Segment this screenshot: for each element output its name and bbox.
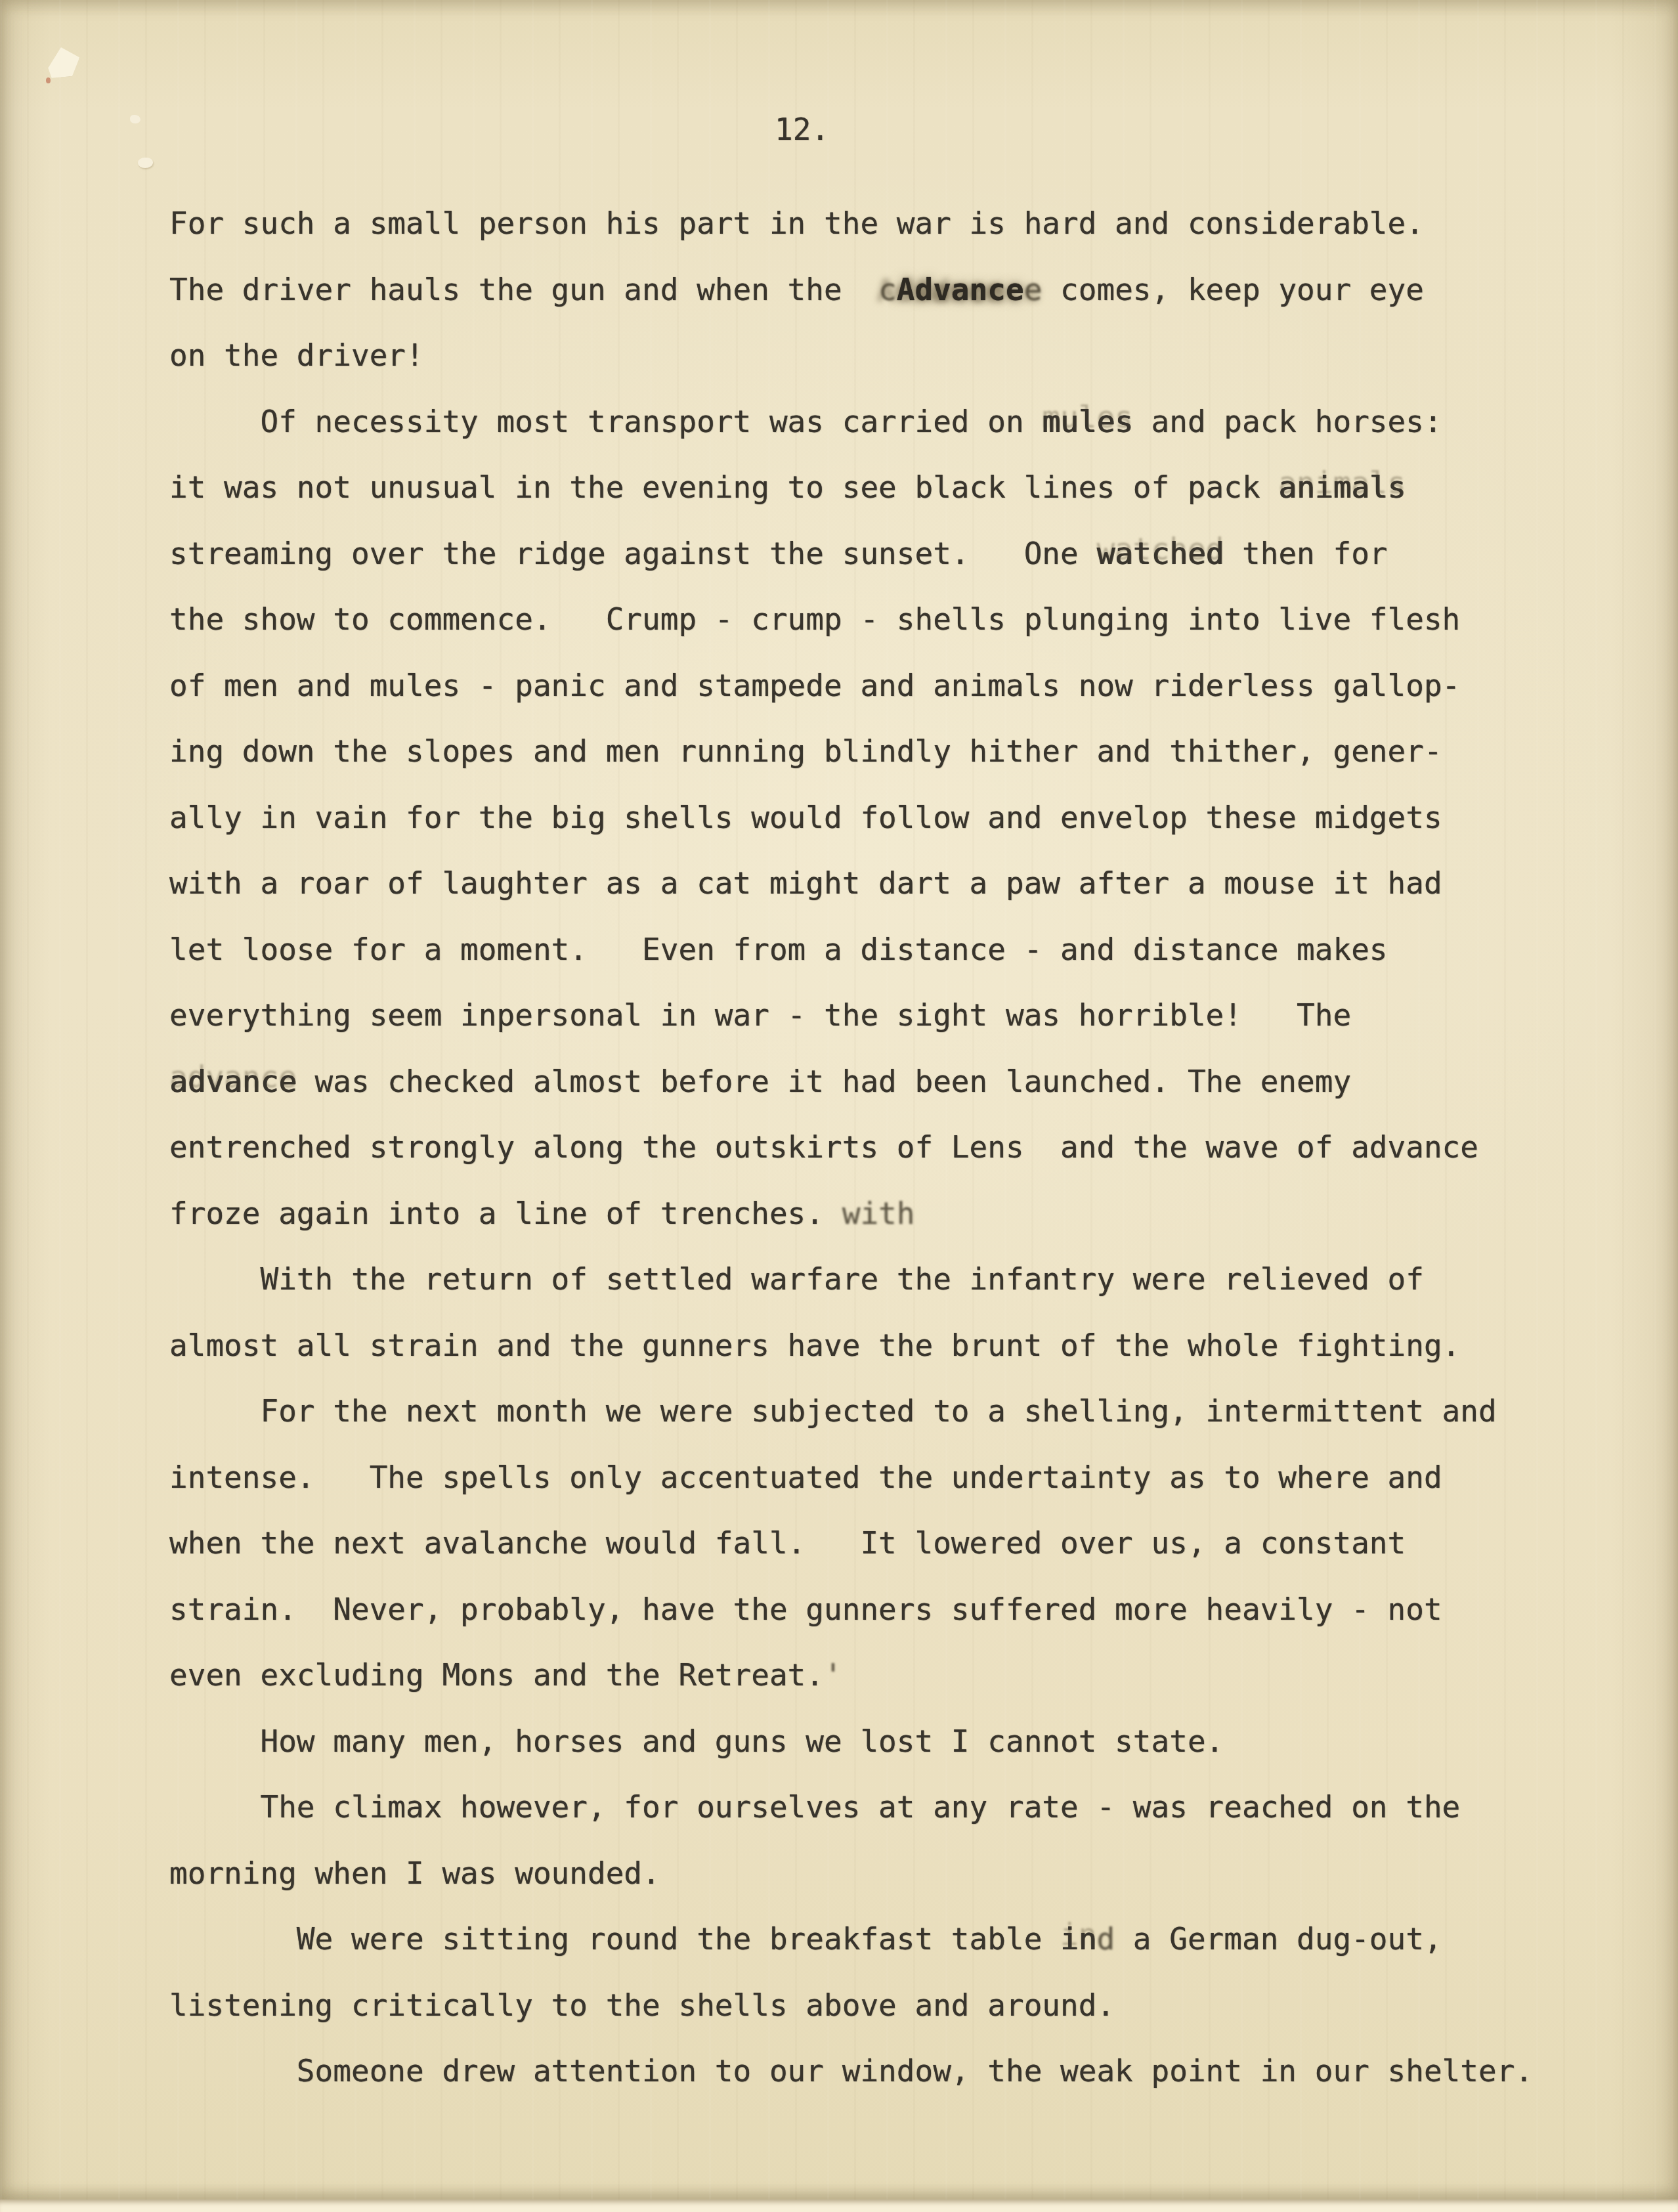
typewriter-segment-ghost: e [1024, 272, 1043, 307]
document-line: ally in vain for the big shells would fo… [169, 785, 1646, 851]
red-ink-speck [46, 77, 51, 83]
typewriter-segment: the show to commence. Crump - crump - sh… [169, 601, 1460, 637]
page-number: 12. [775, 97, 829, 162]
typewriter-segment: Of necessity most transport was carried … [169, 404, 1042, 439]
typewriter-segment: of men and mules - panic and stampede an… [169, 668, 1460, 703]
typewriter-segment: on the driver! [169, 337, 424, 373]
typewriter-segment: listening critically to the shells above… [169, 1987, 1115, 2023]
typewriter-segment-smudge: advance [169, 1064, 297, 1099]
typewriter-segment: froze again into a line of trenches. [169, 1196, 824, 1231]
document-line: For the next month we were subjected to … [169, 1378, 1646, 1444]
typewriter-segment-ghost: c [860, 272, 896, 307]
document-line: on the driver! [169, 322, 1646, 389]
typewriter-segment-smudge: in [1060, 1921, 1096, 1957]
typewriter-segment: it was not unusual in the evening to see… [169, 469, 1278, 505]
typewriter-segment-smudge: animals [1278, 469, 1406, 505]
typewriter-segment: The driver hauls the gun and when the [169, 272, 860, 307]
typewriter-segment: The climax however, for ourselves at any… [169, 1789, 1460, 1825]
typewriter-segment: and pack horses: [1133, 404, 1442, 439]
document-line: with a roar of laughter as a cat might d… [169, 850, 1646, 917]
document-line: when the next avalanche would fall. It l… [169, 1510, 1646, 1576]
paper-chip [43, 45, 82, 79]
paper-sheet: 12. For such a small person his part in … [0, 0, 1678, 2202]
document-line: strain. Never, probably, have the gunner… [169, 1576, 1646, 1643]
typewriter-segment: when the next avalanche would fall. It l… [169, 1525, 1406, 1561]
typewriter-segment: comes, keep your eye [1042, 272, 1424, 307]
document-line: streaming over the ridge against the sun… [169, 521, 1646, 587]
typewriter-segment: almost all strain and the gunners have t… [169, 1328, 1460, 1363]
document-line: The driver hauls the gun and when the cA… [169, 257, 1646, 323]
document-line: let loose for a moment. Even from a dist… [169, 917, 1646, 983]
document-line: We were sitting round the breakfast tabl… [169, 1906, 1646, 1972]
document-line: almost all strain and the gunners have t… [169, 1312, 1646, 1379]
typewriter-segment: strain. Never, probably, have the gunner… [169, 1592, 1442, 1627]
typewriter-segment: let loose for a moment. Even from a dist… [169, 932, 1388, 967]
document-line: even excluding Mons and the Retreat.' [169, 1642, 1646, 1708]
typewriter-segment: With the return of settled warfare the i… [169, 1261, 1424, 1297]
typewriter-segment-smudge: watched [1096, 536, 1224, 571]
typewriter-segment: Someone drew attention to our window, th… [169, 2053, 1533, 2089]
typewriter-segment: was checked almost before it had been la… [297, 1064, 1351, 1099]
document-line: With the return of settled warfare the i… [169, 1246, 1646, 1312]
typewriter-segment-ghost: with [824, 1196, 914, 1231]
typewriter-segment: then for [1224, 536, 1387, 571]
typewriter-segment: ally in vain for the big shells would fo… [169, 800, 1442, 835]
typewriter-segment: For the next month we were subjected to … [169, 1393, 1497, 1429]
document-line: advance was checked almost before it had… [169, 1049, 1646, 1115]
document-text: For such a small person his part in the … [169, 190, 1646, 2104]
typewriter-segment-ghost: d [1096, 1921, 1115, 1957]
document-line: Someone drew attention to our window, th… [169, 2038, 1646, 2104]
typewriter-segment: everything seem inpersonal in war - the … [169, 997, 1351, 1033]
paper-chip [130, 115, 140, 123]
document-line: it was not unusual in the evening to see… [169, 454, 1646, 521]
document-line: ing down the slopes and men running blin… [169, 718, 1646, 785]
document-line: of men and mules - panic and stampede an… [169, 653, 1646, 719]
document-line: intense. The spells only accentuated the… [169, 1444, 1646, 1511]
paper-chip [138, 158, 153, 168]
document-line: froze again into a line of trenches. wit… [169, 1181, 1646, 1247]
typewriter-segment-ghost: ' [824, 1657, 842, 1693]
typewriter-segment: streaming over the ridge against the sun… [169, 536, 1096, 571]
typewriter-segment: morning when I was wounded. [169, 1855, 660, 1891]
document-line: For such a small person his part in the … [169, 190, 1646, 257]
scan-bed-strip [0, 2200, 1678, 2212]
document-line: How many men, horses and guns we lost I … [169, 1708, 1646, 1775]
typewriter-segment: intense. The spells only accentuated the… [169, 1460, 1442, 1495]
typewriter-segment-overtyped: Advance [897, 272, 1024, 307]
typewriter-segment: entrenched strongly along the outskirts … [169, 1129, 1478, 1165]
typewriter-segment: with a roar of laughter as a cat might d… [169, 865, 1442, 901]
typewriter-segment: ing down the slopes and men running blin… [169, 733, 1442, 769]
typewriter-segment: a German dug-out, [1115, 1921, 1442, 1957]
document-line: The climax however, for ourselves at any… [169, 1774, 1646, 1840]
document-line: entrenched strongly along the outskirts … [169, 1114, 1646, 1181]
typewriter-segment-smudge: mules [1042, 404, 1132, 439]
document-line: Of necessity most transport was carried … [169, 389, 1646, 455]
document-line: listening critically to the shells above… [169, 1972, 1646, 2039]
typewriter-segment: We were sitting round the breakfast tabl… [169, 1921, 1060, 1957]
typewriter-segment: How many men, horses and guns we lost I … [169, 1724, 1224, 1759]
document-line: the show to commence. Crump - crump - sh… [169, 586, 1646, 653]
typewriter-segment: even excluding Mons and the Retreat. [169, 1657, 824, 1693]
typewriter-segment: For such a small person his part in the … [169, 206, 1424, 241]
document-line: everything seem inpersonal in war - the … [169, 982, 1646, 1049]
document-line: morning when I was wounded. [169, 1840, 1646, 1907]
